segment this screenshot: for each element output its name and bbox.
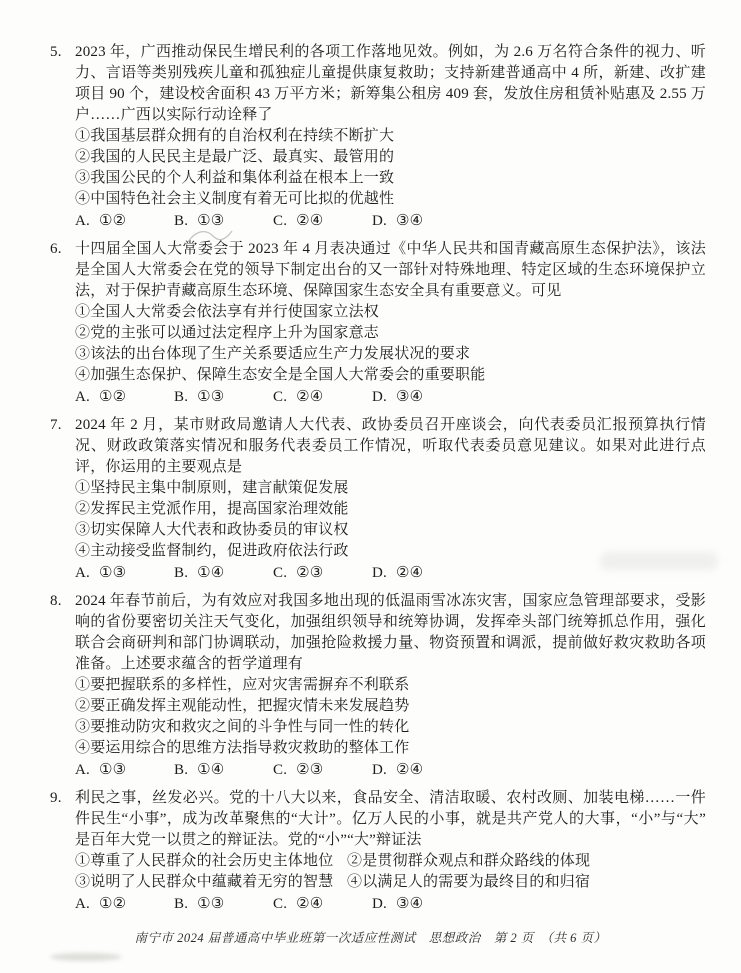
choice-b: B.①③ <box>174 387 273 408</box>
answer-choices: A.①③ B.①④ C.②③ D.②④ <box>50 760 706 781</box>
exam-content: 5. 2023 年，广西推动保民生增民利的各项工作落地见效。例如，为 2.6 万… <box>50 42 706 922</box>
choice-label: D. <box>372 894 387 915</box>
question-9: 9. 利民之事，丝发必兴。党的十八大以来，食品安全、清洁取暖、农村改厕、加装电梯… <box>50 788 706 915</box>
question-stem-row: 8. 2024 年春节前后，为有效应对我国多地出现的低温雨雪冰冻灾害，国家应急管… <box>50 591 706 675</box>
question-number: 5. <box>50 42 75 63</box>
option-item: ②发挥民主党派作用，提高国家治理效能 <box>75 499 706 520</box>
choice-label: D. <box>372 563 387 584</box>
option-list: ①尊重了人民群众的社会历史主体地位 ②是贯彻群众观点和群众路线的体现 ③说明了人… <box>50 851 706 893</box>
answer-choices: A.①② B.①③ C.②④ D.③④ <box>50 211 706 232</box>
choice-c: C.②④ <box>273 211 372 232</box>
question-stem: 利民之事，丝发必兴。党的十八大以来，食品安全、清洁取暖、农村改厕、加装电梯……一… <box>75 788 706 851</box>
question-stem-row: 9. 利民之事，丝发必兴。党的十八大以来，食品安全、清洁取暖、农村改厕、加装电梯… <box>50 788 706 851</box>
choice-nums: ①④ <box>197 762 224 778</box>
option-item: ③要推动防灾和救灾之间的斗争性与同一性的转化 <box>75 717 706 738</box>
choice-nums: ③④ <box>396 896 423 912</box>
choice-nums: ②③ <box>296 762 323 778</box>
choice-nums: ①② <box>99 213 126 229</box>
option-item: ②是贯彻群众观点和群众路线的体现 <box>347 851 706 872</box>
choice-label: A. <box>75 563 90 584</box>
choice-nums: ②④ <box>396 762 423 778</box>
choice-b: B.①④ <box>174 563 273 584</box>
choice-label: C. <box>273 211 287 232</box>
page-footer: 南宁市 2024 届普通高中毕业班第一次适应性测试 思想政治 第 2 页 （共 … <box>0 928 741 949</box>
scan-smudge <box>600 552 718 570</box>
choice-label: A. <box>75 387 90 408</box>
choice-nums: ①③ <box>197 213 224 229</box>
question-8: 8. 2024 年春节前后，为有效应对我国多地出现的低温雨雪冰冻灾害，国家应急管… <box>50 591 706 781</box>
exam-page: 5. 2023 年，广西推动保民生增民利的各项工作落地见效。例如，为 2.6 万… <box>0 0 741 973</box>
choice-label: A. <box>75 760 90 781</box>
question-number: 7. <box>50 415 75 436</box>
choice-label: B. <box>174 894 188 915</box>
option-item: ②我国的人民民主是最广泛、最真实、最管用的 <box>75 147 706 168</box>
choice-a: A.①③ <box>75 563 174 584</box>
option-list: ①坚持民主集中制原则，建言献策促发展 ②发挥民主党派作用，提高国家治理效能 ③切… <box>50 478 706 562</box>
option-item: ②要正确发挥主观能动性，把握灾情未来发展趋势 <box>75 696 706 717</box>
question-stem: 十四届全国人大常委会于 2023 年 4 月表决通过《中华人民共和国青藏高原生态… <box>75 239 706 302</box>
choice-a: A.①② <box>75 211 174 232</box>
option-item: ③我国公民的个人利益和集体利益在根本上一致 <box>75 168 706 189</box>
choice-a: A.①② <box>75 894 174 915</box>
question-stem-row: 6. 十四届全国人大常委会于 2023 年 4 月表决通过《中华人民共和国青藏高… <box>50 239 706 302</box>
choice-label: C. <box>273 563 287 584</box>
choice-a: A.①② <box>75 387 174 408</box>
choice-label: C. <box>273 894 287 915</box>
question-stem: 2024 年春节前后，为有效应对我国多地出现的低温雨雪冰冻灾害，国家应急管理部要… <box>75 591 706 675</box>
choice-label: D. <box>372 387 387 408</box>
choice-label: D. <box>372 211 387 232</box>
choice-nums: ①④ <box>197 565 224 581</box>
choice-nums: ②③ <box>296 565 323 581</box>
option-list: ①我国基层群众拥有的自治权利在持续不断扩大 ②我国的人民民主是最广泛、最真实、最… <box>50 126 706 210</box>
option-item: ④中国特色社会主义制度有着无可比拟的优越性 <box>75 189 706 210</box>
question-stem-row: 5. 2023 年，广西推动保民生增民利的各项工作落地见效。例如，为 2.6 万… <box>50 42 706 126</box>
answer-choices: A.①② B.①③ C.②④ D.③④ <box>50 387 706 408</box>
scan-smudge <box>50 953 122 961</box>
choice-nums: ②④ <box>296 896 323 912</box>
choice-c: C.②③ <box>273 760 372 781</box>
question-stem: 2024 年 2 月，某市财政局邀请人大代表、政协委员召开座谈会，向代表委员汇报… <box>75 415 706 478</box>
choice-nums: ②④ <box>396 565 423 581</box>
choice-nums: ②④ <box>296 389 323 405</box>
option-list: ①全国人大常委会依法享有并行使国家立法权 ②党的主张可以通过法定程序上升为国家意… <box>50 302 706 386</box>
question-6: 6. 十四届全国人大常委会于 2023 年 4 月表决通过《中华人民共和国青藏高… <box>50 239 706 408</box>
choice-d: D.③④ <box>372 894 423 915</box>
choice-nums: ①② <box>99 896 126 912</box>
question-stem-row: 7. 2024 年 2 月，某市财政局邀请人大代表、政协委员召开座谈会，向代表委… <box>50 415 706 478</box>
option-item: ③说明了人民群众中蕴藏着无穷的智慧 <box>75 872 347 893</box>
question-number: 6. <box>50 239 75 260</box>
choice-d: D.③④ <box>372 211 423 232</box>
choice-label: B. <box>174 760 188 781</box>
choice-label: C. <box>273 387 287 408</box>
choice-b: B.①③ <box>174 211 273 232</box>
option-item: ④以满足人的需要为最终目的和归宿 <box>347 872 706 893</box>
choice-label: B. <box>174 211 188 232</box>
choice-c: C.②③ <box>273 563 372 584</box>
option-item: ①尊重了人民群众的社会历史主体地位 <box>75 851 347 872</box>
choice-nums: ②④ <box>296 213 323 229</box>
question-stem: 2023 年，广西推动保民生增民利的各项工作落地见效。例如，为 2.6 万名符合… <box>75 42 706 126</box>
choice-c: C.②④ <box>273 894 372 915</box>
question-number: 9. <box>50 788 75 809</box>
option-item: ③该法的出台体现了生产关系要适应生产力发展状况的要求 <box>75 344 706 365</box>
choice-nums: ①③ <box>197 389 224 405</box>
option-item: ①要把握联系的多样性，应对灾害需摒弃不利联系 <box>75 675 706 696</box>
option-item: ③切实保障人大代表和政协委员的审议权 <box>75 520 706 541</box>
choice-nums: ①③ <box>99 565 126 581</box>
choice-nums: ③④ <box>396 213 423 229</box>
option-item: ④加强生态保护、保障生态安全是全国人大常委会的重要职能 <box>75 365 706 386</box>
question-5: 5. 2023 年，广西推动保民生增民利的各项工作落地见效。例如，为 2.6 万… <box>50 42 706 232</box>
choice-label: D. <box>372 760 387 781</box>
choice-b: B.①③ <box>174 894 273 915</box>
answer-choices: A.①② B.①③ C.②④ D.③④ <box>50 894 706 915</box>
option-item: ②党的主张可以通过法定程序上升为国家意志 <box>75 323 706 344</box>
option-item: ④要运用综合的思维方法指导救灾救助的整体工作 <box>75 738 706 759</box>
choice-nums: ①③ <box>99 762 126 778</box>
choice-nums: ③④ <box>396 389 423 405</box>
choice-d: D.②④ <box>372 760 423 781</box>
option-item: ①坚持民主集中制原则，建言献策促发展 <box>75 478 706 499</box>
choice-c: C.②④ <box>273 387 372 408</box>
question-number: 8. <box>50 591 75 612</box>
choice-nums: ①② <box>99 389 126 405</box>
option-item: ①全国人大常委会依法享有并行使国家立法权 <box>75 302 706 323</box>
choice-nums: ①③ <box>197 896 224 912</box>
choice-d: D.③④ <box>372 387 423 408</box>
option-list: ①要把握联系的多样性，应对灾害需摒弃不利联系 ②要正确发挥主观能动性，把握灾情未… <box>50 675 706 759</box>
choice-label: A. <box>75 894 90 915</box>
choice-b: B.①④ <box>174 760 273 781</box>
choice-label: B. <box>174 387 188 408</box>
choice-d: D.②④ <box>372 563 423 584</box>
choice-a: A.①③ <box>75 760 174 781</box>
choice-label: A. <box>75 211 90 232</box>
option-item: ①我国基层群众拥有的自治权利在持续不断扩大 <box>75 126 706 147</box>
choice-label: B. <box>174 563 188 584</box>
choice-label: C. <box>273 760 287 781</box>
